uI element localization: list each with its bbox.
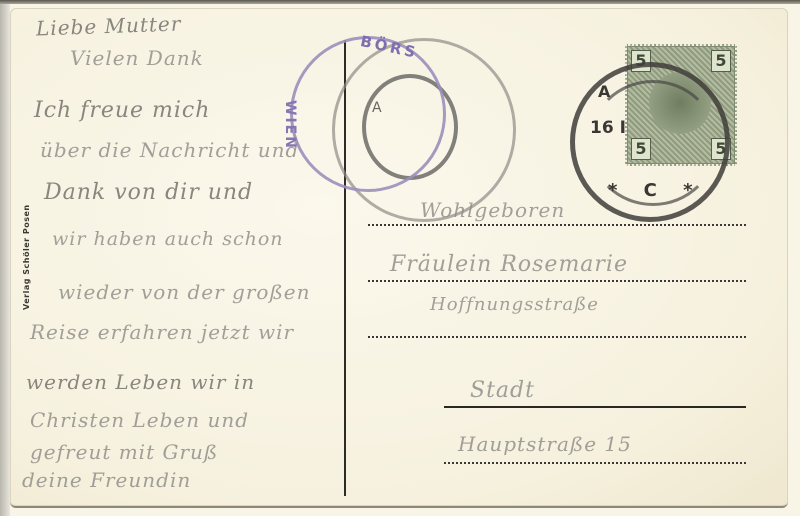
message-line: Reise erfahren jetzt wir <box>30 320 294 344</box>
publisher-imprint: Verlag Schöler Posen <box>22 192 36 322</box>
address-line: Hauptstraße 15 <box>458 432 632 456</box>
message-line: Ich freue mich <box>34 98 210 123</box>
message-line: Dank von dir und <box>44 180 253 205</box>
address-rule <box>368 224 746 226</box>
address-rule <box>444 406 746 408</box>
message-line: deine Freundin <box>22 468 191 492</box>
message-line: wieder von der großen <box>58 280 311 304</box>
postmark-date: 16 I <box>590 118 626 138</box>
address-line: Hoffnungsstraße <box>430 294 599 315</box>
message-line: gefreut mit Gruß <box>30 440 218 464</box>
message-line: wir haben auch schon <box>52 228 284 250</box>
message-line: über die Nachricht und <box>40 138 299 162</box>
violet-cancel-side-text: WIEN <box>282 100 298 150</box>
message-line: werden Leben wir in <box>26 370 255 394</box>
postmark-bottom-text: * C * <box>608 180 703 201</box>
scan-left-edge <box>0 4 10 516</box>
address-rule <box>368 280 746 282</box>
violet-cancel-ring <box>290 36 446 192</box>
address-line: Fräulein Rosemarie <box>390 252 628 277</box>
address-rule <box>444 462 746 464</box>
address-line: Stadt <box>470 378 535 403</box>
message-line: Vielen Dank <box>70 46 204 70</box>
scan-top-edge <box>0 0 800 4</box>
address-rule <box>368 336 746 338</box>
postmark-top-text: A <box>598 82 610 101</box>
postcard: Liebe Mutter Vielen Dank Ich freue mich … <box>0 0 800 516</box>
stamp-value-top-right: 5 <box>711 50 731 72</box>
message-line: Christen Leben und <box>30 408 249 432</box>
message-line: Liebe Mutter <box>36 11 182 40</box>
